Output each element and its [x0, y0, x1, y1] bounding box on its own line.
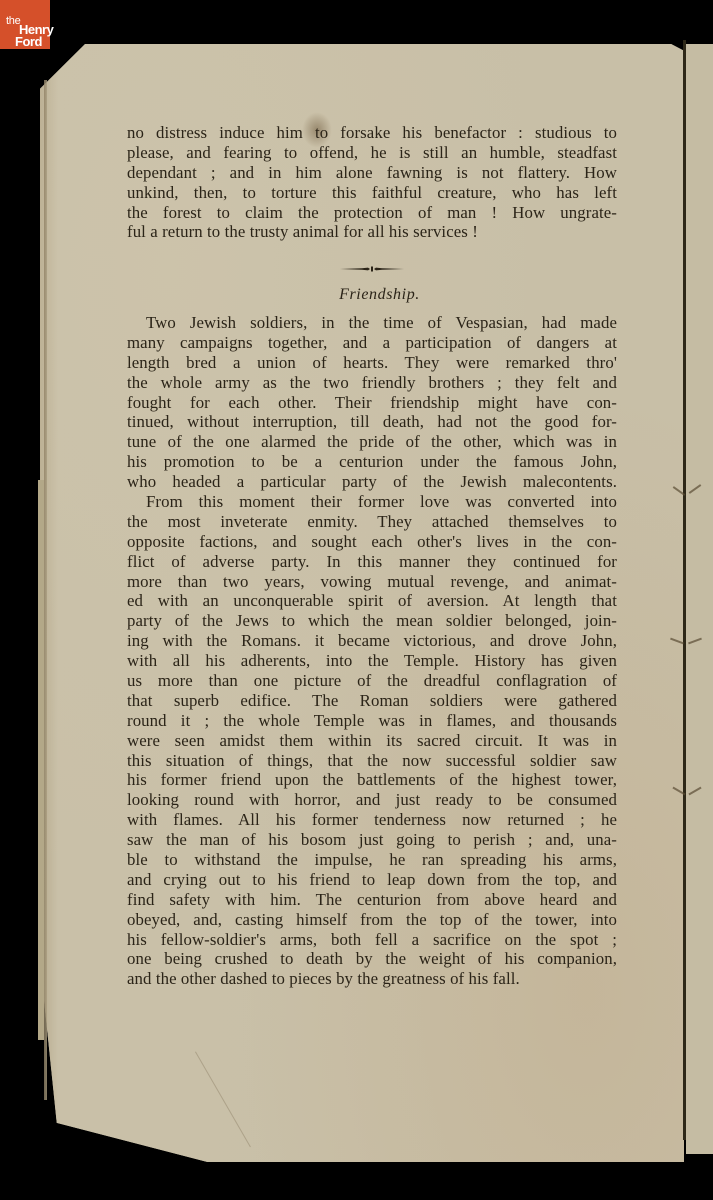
text-line: please, and fearing to offend, he is sti… [127, 143, 617, 163]
text-line: fought for each other. Their friendship … [127, 393, 617, 413]
text-line: ble to withstand the impulse, he ran spr… [127, 850, 617, 870]
paragraph-1: Two Jewish soldiers, in the time of Vesp… [127, 313, 617, 492]
text-line: ing with the Romans. it became victoriou… [127, 631, 617, 651]
page-edge-line [44, 80, 47, 1100]
text-line: us more than one picture of the dreadful… [127, 671, 617, 691]
text-line: with all his adherents, into the Temple.… [127, 651, 617, 671]
text-line: were seen amidst them within its sacred … [127, 731, 617, 751]
text-line: length bred a union of hearts. They were… [127, 353, 617, 373]
text-line: that superb edifice. The Roman soldiers … [127, 691, 617, 711]
text-line: his fellow-soldier's arms, both fell a s… [127, 930, 617, 950]
text-line: who headed a particular party of the Jew… [127, 472, 617, 492]
text-line: dependant ; and in him alone fawning is … [127, 163, 617, 183]
text-line: and crying out to his friend to leap dow… [127, 870, 617, 890]
text-line: his former friend upon the battlements o… [127, 770, 617, 790]
facing-page-edge [686, 44, 713, 1154]
text-line: the whole army as the two friendly broth… [127, 373, 617, 393]
text-line: this situation of things, that the now s… [127, 751, 617, 771]
section-divider-ornament-icon [340, 265, 404, 273]
text-line: tune of the one alarmed the pride of the… [127, 432, 617, 452]
text-line: one being crushed to death by the weight… [127, 949, 617, 969]
text-line: From this moment their former love was c… [127, 492, 617, 512]
text-line: his promotion to be a centurion under th… [127, 452, 617, 472]
text-line: with flames. All his former tenderness n… [127, 810, 617, 830]
text-line: more than two years, vowing mutual reven… [127, 572, 617, 592]
text-line: saw the man of his bosom just going to p… [127, 830, 617, 850]
text-line: many campaigns together, and a participa… [127, 333, 617, 353]
text-line: tinued, without interruption, till death… [127, 412, 617, 432]
paragraph-2: From this moment their former love was c… [127, 492, 617, 989]
henry-ford-logo: the Henry Ford [0, 0, 50, 49]
logo-text-ford: Ford [15, 35, 42, 48]
text-line: unkind, then, to torture this faithful c… [127, 183, 617, 203]
text-line: no distress induce him to forsake his be… [127, 123, 617, 143]
text-line: Two Jewish soldiers, in the time of Vesp… [127, 313, 617, 333]
text-line: ful a return to the trusty animal for al… [127, 222, 617, 242]
section-title: Friendship. [0, 286, 713, 304]
text-line: obeyed, and, casting himself from the to… [127, 910, 617, 930]
text-line: and the other dashed to pieces by the gr… [127, 969, 617, 989]
text-line: the most inveterate enmity. They attache… [127, 512, 617, 532]
text-line: looking round with horror, and just read… [127, 790, 617, 810]
text-line: ed with an unconquerable spirit of avers… [127, 591, 617, 611]
text-line: party of the Jews to which the mean sold… [127, 611, 617, 631]
text-line: find safety with him. The centurion from… [127, 890, 617, 910]
text-line: the forest to claim the protection of ma… [127, 203, 617, 223]
continuation-paragraph: no distress induce him to forsake his be… [127, 123, 617, 242]
text-line: opposite factions, and sought each other… [127, 532, 617, 552]
text-line: round it ; the whole Temple was in flame… [127, 711, 617, 731]
text-line: flict of adverse party. In this manner t… [127, 552, 617, 572]
